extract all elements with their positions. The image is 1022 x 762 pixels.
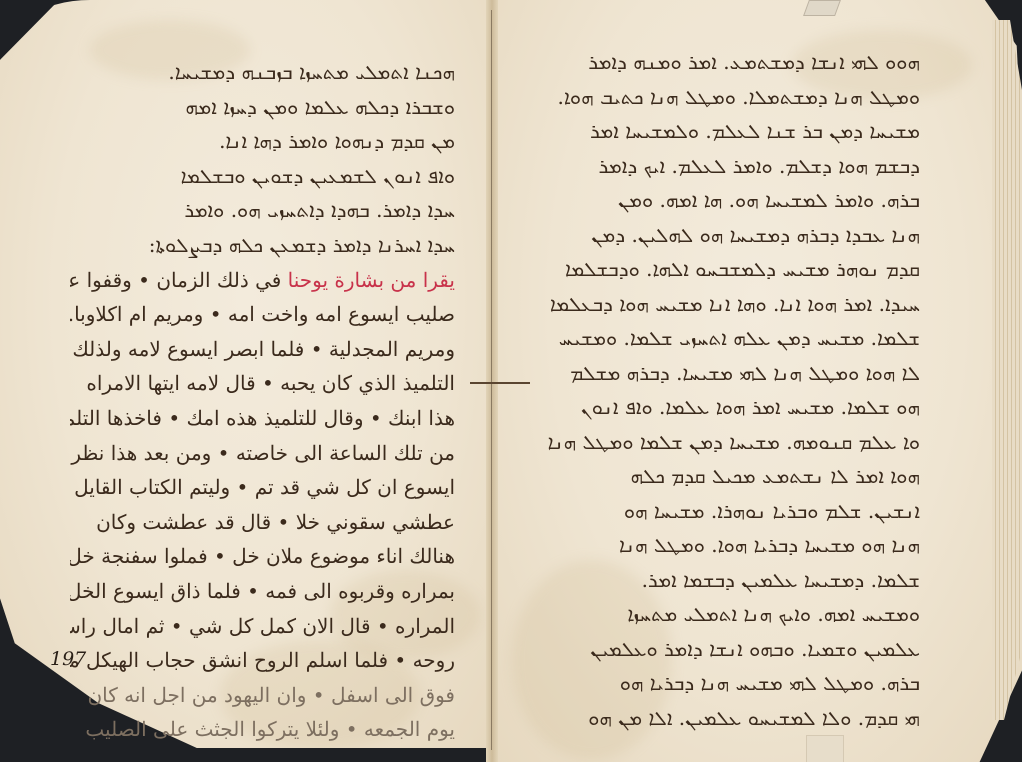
paper-slip	[806, 735, 844, 762]
text-line: ܫܠܡܐ. ܕܡܫܝܚܐ ܥܠܡܝܢ ܕܒܫܡܐ ܐܡܪ.	[530, 563, 920, 598]
text-line: ܘܐ ܥܠܡ ܩܢܘܡܗ. ܡܫܝܚܐ ܕܡܢ ܫܠܡܐ ܘܡܛܠ ܗܢܐ	[530, 425, 920, 460]
paper-tab	[803, 0, 841, 16]
text-line: ܗܘ ܫܠܡܐ. ܡܫܝܚ ܐܡܪ ܗܘܐ ܥܠܡܐ. ܘܐܦ ܐܢܘܢ	[530, 390, 920, 425]
text-line: ܘܫܒܪܐ ܕܟܠܗ ܥܠܡܐ ܘܡܢ ܕܚܙܐ ܐܡܗ	[70, 90, 455, 125]
manuscript-photo: ܗܟܢܐ ܐܬܡܠܝ ܡܬܚܙܐ ܒܙܒܢܗ ܕܡܫܝܚܐ. ܘܫܒܪܐ ܕܟܠ…	[0, 0, 1022, 762]
binding-thread	[470, 382, 530, 384]
text-line: فوق الى اسفل • وان اليهود من اجل انه كان	[70, 678, 455, 713]
text-segment: في ذلك الزمان • وقفوا عند	[70, 268, 288, 292]
rubric-heading: يقرا من بشارة يوحنا	[288, 268, 455, 292]
text-line: ܗܘܘ ܠܗܝ ܐܢܫܐ ܕܡܫܬܡܥ. ܐܡܪ ܘܡܢܗ ܕܐܡܪ	[530, 45, 920, 80]
text-line: ومريم المجدلية • فلما ابصر ايسوع لامه ول…	[70, 332, 455, 367]
text-line: ܚܕܐ ܐܚܪܢܐ ܕܐܡܪ ܕܫܡܥܢ ܟܠܗ ܕܒܨܠܘܬܐ:	[70, 228, 455, 263]
left-page-text: ܗܟܢܐ ܐܬܡܠܝ ܡܬܚܙܐ ܒܙܒܢܗ ܕܡܫܝܚܐ. ܘܫܒܪܐ ܕܟܠ…	[70, 55, 455, 747]
page-edges	[992, 20, 1022, 720]
book-gutter	[486, 0, 498, 762]
folio-number: 197	[50, 648, 86, 670]
text-line: ܡܫܝܚܐ ܕܡܢ ܒܪ ܫܢܐ ܠܥܠܡ. ܘܠܡܫܝܚܐ ܐܡܪ	[530, 114, 920, 149]
text-line-rubric: يقرا من بشارة يوحنا في ذلك الزمان • وقفو…	[70, 263, 455, 298]
text-line: ܗܟܢܐ ܐܬܡܠܝ ܡܬܚܙܐ ܒܙܒܢܗ ܕܡܫܝܚܐ.	[70, 55, 455, 90]
text-line: ܠܐ ܗܘܐ ܘܡܛܠ ܗܢܐ ܠܗܝ ܡܫܝܚܐ. ܕܒܪܗ ܡܫܠܡ	[530, 356, 920, 391]
text-line: ܒܪܗ. ܘܡܛܠ ܠܗܝ ܡܫܝܚ ܗܢܐ ܕܒܪܝܐ ܗܘ	[530, 666, 920, 701]
text-line: هذا ابنك • وقال للتلميذ هذه امك • فاخذها…	[70, 401, 455, 436]
text-line: ܗܘܐ ܐܡܪ ܠܐ ܢܫܬܡܥ ܡܟܝܠ ܩܕܡ ܟܠܗ	[530, 459, 920, 494]
text-line: ܘܐܦ ܐܢܘܢ ܠܫܡܥܝܢ ܕܫܘܝܢ ܘܒܫܠܡܐ	[70, 159, 455, 194]
text-line: هنالك اناء موضوع ملان خل • فملوا سفنجة خ…	[70, 539, 455, 574]
text-line: المراره • قال الان كمل كل شي • ثم امال ر…	[70, 609, 455, 644]
text-line: ܗܝ ܩܕܡ. ܘܠܐ ܠܡܫܝܚܘ ܥܠܡܝܢ. ܐܠܐ ܡܢ ܗܘ	[530, 701, 920, 736]
text-line: يوم الجمعه • ولئلا يتركوا الجثث على الصل…	[70, 712, 455, 747]
text-line: ܐܢܫܝܢ. ܫܠܡ ܘܒܪܝܐ ܢܘܗܪܐ. ܡܫܝܚܐ ܗܘ	[530, 494, 920, 529]
text-line: ܥܠܡܝܢ ܘܫܡܝܐ. ܘܒܗܘ ܐܢܫܐ ܕܐܡܪ ܘܥܠܡܝܢ	[530, 632, 920, 667]
text-line: التلميذ الذي كان يحبه • قال لامه ايتها ا…	[70, 366, 455, 401]
text-line: ܗܢܐ ܥܒܕܐ ܕܒܪܗ ܕܡܫܝܚܐ ܗܘ ܠܗܠܝܢ. ܕܡܢ	[530, 218, 920, 253]
text-line: ايسوع ان كل شي قد تم • وليتم الكتاب القا…	[70, 470, 455, 505]
text-line: روحه • فلما اسلم الروح انشق حجاب الهيكل …	[70, 643, 455, 678]
text-line: بمراره وقربوه الى فمه • فلما ذاق ايسوع ا…	[70, 574, 455, 609]
text-line: ܫܠܡܐ. ܡܫܝܚ ܕܡܢ ܥܠܗ ܐܬܚܙܝ ܫܠܡܐ. ܘܡܫܝܚ	[530, 321, 920, 356]
text-line: ܚܝܕܐ. ܐܡܪ ܗܘܐ ܐܢܐ. ܘܗܐ ܐܢܐ ܡܫܝܚ ܗܘܐ ܕܒܥܠ…	[530, 287, 920, 322]
text-line: ܘܡܛܠ ܗܢܐ ܕܡܫܬܡܠܐ. ܘܡܛܠ ܗܢܐ ܟܬܝܒ ܗܘܐ.	[530, 80, 920, 115]
text-line: ܗܢܐ ܗܘ ܡܫܝܚܐ ܕܒܪܝܐ ܗܘܐ. ܘܡܛܠ ܗܢܐ	[530, 528, 920, 563]
text-line: صليب ايسوع امه واخت امه • ومريم ام اكلاو…	[70, 297, 455, 332]
text-line: ܚܕܐ ܕܐܡܪ. ܒܗܕܐ ܕܐܬܚܙܝ ܗܘ. ܘܐܡܪ	[70, 193, 455, 228]
text-line: ܕܒܫܡ ܗܘܐ ܕܫܠܡ. ܘܐܡܪ ܠܥܠܡ. ܐܝܟ ܕܐܡܪ	[530, 149, 920, 184]
text-line: عطشي سقوني خلا • قال قد عطشت وكان	[70, 505, 455, 540]
text-line: ܩܕܡ ܢܘܗܪ ܡܫܝܚ ܕܠܡܫܒܚܘ ܐܠܗܐ. ܘܕܒܫܠܡܐ	[530, 252, 920, 287]
text-line: من تلك الساعة الى خاصته • ومن بعد هذا نظ…	[70, 436, 455, 471]
text-line: ܒܪܗ. ܘܐܡܪ ܠܡܫܝܚܐ ܗܘ. ܗܐ ܐܡܗ. ܘܡܢ	[530, 183, 920, 218]
spine-fold	[491, 10, 492, 750]
text-line: ܘܡܫܝܚ ܐܡܗ. ܘܐܝܟ ܗܢܐ ܐܬܡܠܝ ܡܬܚܙܐ	[530, 597, 920, 632]
right-page-text: ܗܘܘ ܠܗܝ ܐܢܫܐ ܕܡܫܬܡܥ. ܐܡܪ ܘܡܢܗ ܕܐܡܪ ܘܡܛܠ …	[530, 45, 920, 735]
text-line: ܡܢ ܩܕܡ ܕܢܗܘܐ ܘܐܡܪ ܕܗܐ ܐܢܐ.	[70, 124, 455, 159]
